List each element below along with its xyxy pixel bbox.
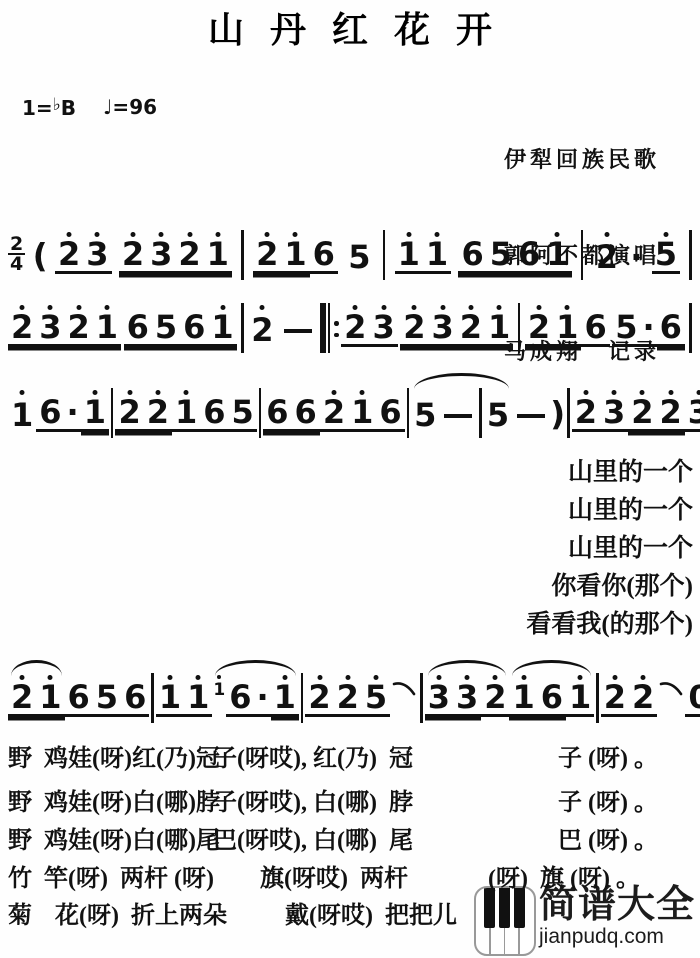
element: 6 — [538, 680, 566, 717]
octave-dot — [565, 305, 570, 310]
barline — [407, 388, 410, 438]
barline — [383, 230, 386, 280]
note-group: 221 — [115, 390, 200, 432]
repeat-dot — [334, 333, 339, 338]
repeat-dot — [334, 321, 339, 326]
octave-dot — [406, 232, 411, 237]
element: 2 — [144, 395, 172, 432]
octave-dot — [127, 390, 132, 395]
interlude-lyrics: 山里的一个山里的一个山里的一个你看你(那个)看看我(的那个) — [526, 458, 693, 648]
octave-dot — [578, 675, 583, 680]
element: 5 — [411, 398, 439, 432]
note-group: 11 — [156, 675, 213, 717]
lyric-segment-verse-5: 花(呀) 折上两朵 — [55, 895, 227, 930]
element: 5 — [484, 398, 512, 432]
jianpu-note: 2 — [481, 675, 509, 717]
lyric-segment-verse-1: 鸡娃(呀)红(乃)冠 — [44, 738, 220, 773]
interlude-lyric-line: 山里的一个 — [526, 496, 693, 534]
octave-dot — [374, 675, 379, 680]
jianpu-note: 2 — [457, 305, 485, 347]
element: 2 — [65, 310, 93, 347]
element: 2 — [601, 680, 629, 717]
jianpu-note: 3 — [36, 305, 64, 347]
jianpu-note: 1 — [184, 675, 212, 717]
note-group: 2 — [593, 232, 621, 274]
note-group: 2 — [248, 305, 276, 347]
octave-dot — [260, 305, 265, 310]
note-group: 5 — [362, 675, 390, 717]
element: 1 — [271, 680, 299, 717]
jianpu-note: 2 — [525, 305, 553, 347]
element: 3 — [36, 310, 64, 347]
octave-dot — [436, 675, 441, 680]
element: 0 — [685, 680, 700, 717]
note-group: 216 — [253, 232, 338, 274]
jianpu-note: 2 — [593, 232, 621, 274]
element: 1 — [204, 237, 232, 274]
jianpu-note: 6 — [581, 305, 609, 347]
note-group-slurred: 16·1 — [212, 675, 299, 717]
jianpu-note: 1 — [485, 305, 513, 347]
element: 6 — [65, 680, 93, 717]
song-title: 山丹红花开 — [0, 2, 700, 53]
octave-dot — [293, 232, 298, 237]
jianpu-note: 1 — [543, 232, 571, 274]
octave-dot — [641, 675, 646, 680]
sheet-music-page: 山丹红花开 1=♭B ♩=96 伊犁回族民歌 郭阿不都演唱 马成翔 记录 24(… — [0, 0, 700, 958]
octave-dot — [184, 390, 189, 395]
octave-dot — [48, 675, 53, 680]
jianpu-note: · — [641, 305, 657, 347]
element: 1 — [423, 237, 451, 274]
element: 2 — [481, 680, 509, 717]
element: 2 — [628, 395, 656, 432]
barline — [259, 388, 262, 438]
octave-dot — [67, 232, 72, 237]
jianpu-note: 1 — [8, 390, 36, 432]
element: 1 — [93, 310, 121, 347]
lyric-segment-verse-4: 竿(呀) 两杆 (呀) — [44, 858, 214, 893]
element: 2 — [253, 237, 281, 274]
octave-dot — [196, 675, 201, 680]
element: 1 — [553, 310, 581, 347]
note-group: 0 — [685, 675, 700, 717]
element: 1 — [184, 680, 212, 717]
note-group: 5 — [345, 232, 373, 274]
jianpu-note: 1 — [81, 390, 109, 432]
note-group: 56 — [93, 675, 150, 717]
jianpu-note: 2 — [341, 305, 369, 347]
element: 6 — [200, 395, 228, 432]
credit-line-origin: 伊犁回族民歌 — [504, 144, 660, 176]
fall-glissando-mark — [392, 680, 416, 696]
jianpu-note: · — [65, 390, 81, 432]
watermark: 简谱大全 jianpudq.com — [474, 886, 695, 956]
element: 5 — [229, 395, 257, 432]
octave-dot — [640, 390, 645, 395]
interlude-lyric-line: 山里的一个 — [526, 534, 693, 572]
repeat-thick-bar — [320, 303, 326, 353]
jianpu-note: 5 — [345, 232, 373, 274]
element: 3 — [429, 310, 457, 347]
jianpu-note: 6 — [36, 390, 64, 432]
element: 2 — [593, 240, 621, 274]
note-group-slurred: 21 — [8, 675, 65, 717]
element: 2 — [525, 310, 553, 347]
element: 1 — [208, 310, 236, 347]
jianpu-note: 6 — [376, 390, 404, 432]
element: 3 — [453, 680, 481, 717]
jianpu-note: 6 — [180, 305, 208, 347]
jianpu-note: 3 — [83, 232, 111, 274]
octave-dot — [220, 305, 225, 310]
octave-dot — [465, 675, 470, 680]
octave-dot — [583, 390, 588, 395]
element: 6 — [180, 310, 208, 347]
lyric-segment-verse-1: 野 — [8, 738, 32, 773]
element: 5 — [487, 237, 515, 274]
element: 6 — [121, 680, 149, 717]
element: 5 — [152, 310, 180, 347]
octave-dot — [493, 675, 498, 680]
piano-keys-icon — [474, 886, 536, 956]
octave-dot — [265, 232, 270, 237]
element: 2 — [55, 237, 83, 274]
jianpu-note: 2 — [65, 305, 93, 347]
octave-dot — [468, 305, 473, 310]
note-group: 1 — [8, 390, 36, 432]
element: 3 — [600, 395, 628, 432]
jianpu-note: 3 — [685, 390, 700, 432]
repeat-dots — [334, 321, 339, 337]
jianpu-note: 2 — [334, 675, 362, 717]
element: 5 — [93, 680, 121, 717]
element: 1 — [81, 395, 109, 432]
barline — [420, 673, 423, 723]
jianpu-note: 3 — [147, 232, 175, 274]
lyric-segment-verse-2: 鸡娃(呀)白(哪)脖 — [44, 782, 220, 817]
barline — [479, 388, 482, 438]
element: 1 — [348, 395, 376, 432]
element: · — [65, 395, 81, 432]
octave-dot — [167, 675, 172, 680]
flat-symbol: ♭ — [53, 95, 61, 115]
element: 6 — [458, 237, 486, 274]
note-group: 6 — [65, 675, 93, 717]
notation-line-3: 16·1221656621655)23223 — [8, 388, 694, 432]
interlude-lyric-line: 你看你(那个) — [526, 572, 693, 610]
lyric-segment-verse-2: 野 — [8, 782, 32, 817]
jianpu-note: · — [628, 232, 644, 274]
note-group: 2 — [629, 675, 657, 717]
octave-dot — [317, 675, 322, 680]
octave-dot — [612, 675, 617, 680]
octave-dot — [76, 305, 81, 310]
note-group: 23 — [341, 305, 398, 347]
jianpu-note: 1 — [271, 675, 299, 717]
jianpu-note: 2 — [55, 232, 83, 274]
key-note: B — [61, 96, 76, 120]
element: 2 — [457, 310, 485, 347]
notation-line-1: 24(23232121651165612·5 — [8, 230, 694, 274]
octave-dot — [20, 305, 25, 310]
jianpu-note: 6 — [458, 232, 486, 274]
jianpu-note: 5 — [93, 675, 121, 717]
note-group: 6·1 — [36, 390, 109, 432]
lyric-segment-verse-3: 巴 (呀) 。 — [558, 820, 658, 855]
octave-dot — [345, 675, 350, 680]
jianpu-note: 6 — [124, 305, 152, 347]
element: 6 — [310, 237, 338, 274]
element: 1 — [36, 680, 64, 717]
key-prefix: 1= — [22, 96, 53, 120]
jianpu-note: 1 — [281, 232, 309, 274]
octave-dot — [555, 232, 560, 237]
jianpu-note: 6 — [292, 390, 320, 432]
element: · — [628, 240, 644, 274]
octave-dot — [604, 232, 609, 237]
element: 3 — [147, 237, 175, 274]
element: 2 — [119, 237, 147, 274]
element: 2 — [320, 395, 348, 432]
element: 6 — [124, 310, 152, 347]
note-group: 2321 — [400, 305, 513, 347]
half-note-dash — [517, 414, 545, 418]
element: 2 — [305, 680, 333, 717]
jianpu-note: 1 — [348, 390, 376, 432]
note-group: 2 — [601, 675, 629, 717]
barline — [518, 303, 521, 353]
jianpu-note: 6 — [515, 232, 543, 274]
watermark-url: jianpudq.com — [539, 926, 695, 947]
paren-mark: ( — [33, 238, 48, 274]
note-group: 6561 — [458, 232, 571, 274]
element: 3 — [83, 237, 111, 274]
note-group: 11 — [395, 232, 452, 274]
note-group: 2 — [334, 675, 362, 717]
note-group: 23 — [572, 390, 629, 432]
element: 2 — [341, 310, 369, 347]
jianpu-note: 5 — [612, 305, 640, 347]
octave-dot — [360, 390, 365, 395]
element: 2 — [8, 680, 36, 717]
element: 1 — [509, 680, 537, 717]
jianpu-note: 2 — [8, 305, 36, 347]
jianpu-note: 2 — [400, 305, 428, 347]
octave-dot — [20, 675, 25, 680]
lyric-segment-verse-2: 子(呀哎), 白(哪) 脖 — [213, 782, 413, 817]
jianpu-note: 1 — [156, 675, 184, 717]
element: 5 — [652, 237, 680, 274]
jianpu-note: 1 — [423, 232, 451, 274]
half-note-dash — [284, 329, 312, 333]
jianpu-note: 2 — [144, 390, 172, 432]
jianpu-note: 2 — [320, 390, 348, 432]
octave-dot — [696, 390, 700, 395]
note-group-slurred: 55 — [411, 388, 512, 432]
barline — [689, 230, 692, 280]
jianpu-note: 3 — [600, 390, 628, 432]
octave-dot — [537, 305, 542, 310]
octave-dot — [217, 675, 221, 679]
octave-dot — [412, 305, 417, 310]
jianpu-note: 2 — [119, 232, 147, 274]
element: 2 — [8, 235, 25, 255]
element: 1 — [395, 237, 423, 274]
lyric-segment-verse-5: 菊 — [8, 895, 32, 930]
jianpu-note: 3 — [429, 305, 457, 347]
element: 1 — [156, 680, 184, 717]
octave-dot — [130, 232, 135, 237]
note-group: · — [628, 232, 644, 274]
key-signature: 1=♭B — [22, 95, 76, 120]
octave-dot — [353, 305, 358, 310]
jianpu-note: 1 — [509, 675, 537, 717]
jianpu-note: 2 — [175, 232, 203, 274]
element: 2 — [657, 395, 685, 432]
jianpu-note: 5 — [487, 232, 515, 274]
jianpu-note: 2 — [601, 675, 629, 717]
jianpu-note: 5 — [362, 675, 390, 717]
note-group-slurred: 161 — [509, 675, 594, 717]
element: 6 — [263, 395, 291, 432]
note-group-slurred: 332 — [425, 675, 510, 717]
note-group: 5·6 — [612, 305, 685, 347]
element: 1 — [485, 310, 513, 347]
interlude-lyric-line: 山里的一个 — [526, 458, 693, 496]
lyric-segment-verse-3: 野 — [8, 820, 32, 855]
lyric-segment-verse-2: 子 (呀) 。 — [558, 782, 658, 817]
jianpu-note: 3 — [369, 305, 397, 347]
octave-dot — [282, 675, 287, 680]
element: 2 — [175, 237, 203, 274]
element: 2 — [400, 310, 428, 347]
barline — [111, 388, 114, 438]
jianpu-note: 2 — [629, 675, 657, 717]
element: 1 — [281, 237, 309, 274]
element: 6 — [226, 680, 254, 717]
note-group: 16 — [348, 390, 405, 432]
element: 6 — [657, 310, 685, 347]
element: 6 — [292, 395, 320, 432]
octave-dot — [663, 232, 668, 237]
jianpu-note: 6 — [657, 305, 685, 347]
jianpu-note: 5 — [484, 390, 512, 432]
jianpu-note: 1 — [566, 675, 594, 717]
element: 5 — [345, 240, 373, 274]
element: · — [254, 680, 270, 717]
lyric-segment-verse-4: 旗(呀哎) 两杆 — [260, 858, 408, 893]
octave-dot — [48, 305, 53, 310]
octave-dot — [104, 305, 109, 310]
element: 6 — [581, 310, 609, 347]
lyric-segment-verse-3: 巴(呀哎), 白(哪) 尾 — [213, 820, 413, 855]
fall-glissando-mark — [659, 680, 683, 696]
element: 2 — [334, 680, 362, 717]
jianpu-note: 1 — [553, 305, 581, 347]
jianpu-note: 3 — [425, 675, 453, 717]
note-group: 223 — [628, 390, 700, 432]
barline — [241, 303, 244, 353]
repeat-thin-bar — [328, 303, 331, 353]
jianpu-note: 6 — [65, 675, 93, 717]
note-group — [279, 329, 317, 347]
octave-dot — [187, 232, 192, 237]
jianpu-note: 1 — [208, 305, 236, 347]
note-group: 2 — [305, 675, 333, 717]
jianpu-note: 2 — [628, 390, 656, 432]
jianpu-note: 2 — [248, 305, 276, 347]
lyric-segment-verse-4: (呀) 旗 (呀) 。 — [488, 858, 640, 893]
octave-dot — [612, 390, 617, 395]
jianpu-note: 5 — [652, 232, 680, 274]
octave-dot — [668, 390, 673, 395]
octave-dot — [381, 305, 386, 310]
jianpu-note: 6 — [310, 232, 338, 274]
notation-line-4: 216561116·1225332161220 — [8, 673, 694, 717]
jianpu-note: 5 — [411, 390, 439, 432]
jianpu-note: 6 — [226, 675, 254, 717]
note-group: 662 — [263, 390, 348, 432]
element: 1 — [543, 237, 571, 274]
jianpu-note: 1 — [395, 232, 423, 274]
element: 6 — [36, 395, 64, 432]
jianpu-note: 3 — [453, 675, 481, 717]
jianpu-note: 6 — [121, 675, 149, 717]
element: 1 — [172, 395, 200, 432]
barline — [241, 230, 244, 280]
element: 2 — [629, 680, 657, 717]
jianpu-note: 6 — [200, 390, 228, 432]
jianpu-note: 2 — [657, 390, 685, 432]
lyric-segment-verse-3: 鸡娃(呀)白(哪)尾 — [44, 820, 220, 855]
element: 6 — [376, 395, 404, 432]
jianpu-note: 2 — [253, 232, 281, 274]
element: 6 — [515, 237, 543, 274]
octave-dot — [92, 390, 97, 395]
barline — [581, 230, 584, 280]
note-group: 23 — [55, 232, 112, 274]
element: · — [641, 310, 657, 347]
lyric-segment-verse-1: 子(呀哎), 红(乃) 冠 — [213, 738, 413, 773]
element: 2 — [572, 395, 600, 432]
octave-dot — [155, 390, 160, 395]
element: 3 — [685, 395, 700, 432]
octave-dot — [95, 232, 100, 237]
barline — [301, 673, 304, 723]
watermark-text: 简谱大全 jianpudq.com — [539, 886, 695, 947]
jianpu-note: 5 — [229, 390, 257, 432]
jianpu-note: 1 — [36, 675, 64, 717]
lyric-segment-verse-4: 竹 — [8, 858, 32, 893]
octave-dot — [20, 390, 25, 395]
note-group: 6561 — [124, 305, 237, 347]
half-note-dash — [444, 414, 472, 418]
octave-dot — [521, 675, 526, 680]
octave-dot — [440, 305, 445, 310]
lyric-segment-verse-1: 子 (呀) 。 — [558, 738, 658, 773]
jianpu-note: 6 — [538, 675, 566, 717]
jianpu-note: 1 — [172, 390, 200, 432]
jianpu-note: 0 — [685, 675, 700, 717]
octave-dot — [331, 390, 336, 395]
jianpu-note: 2 — [115, 390, 143, 432]
note-group: 65 — [200, 390, 257, 432]
octave-dot — [435, 232, 440, 237]
octave-dot — [159, 232, 164, 237]
barline — [596, 673, 599, 723]
jianpu-note: 1 — [93, 305, 121, 347]
